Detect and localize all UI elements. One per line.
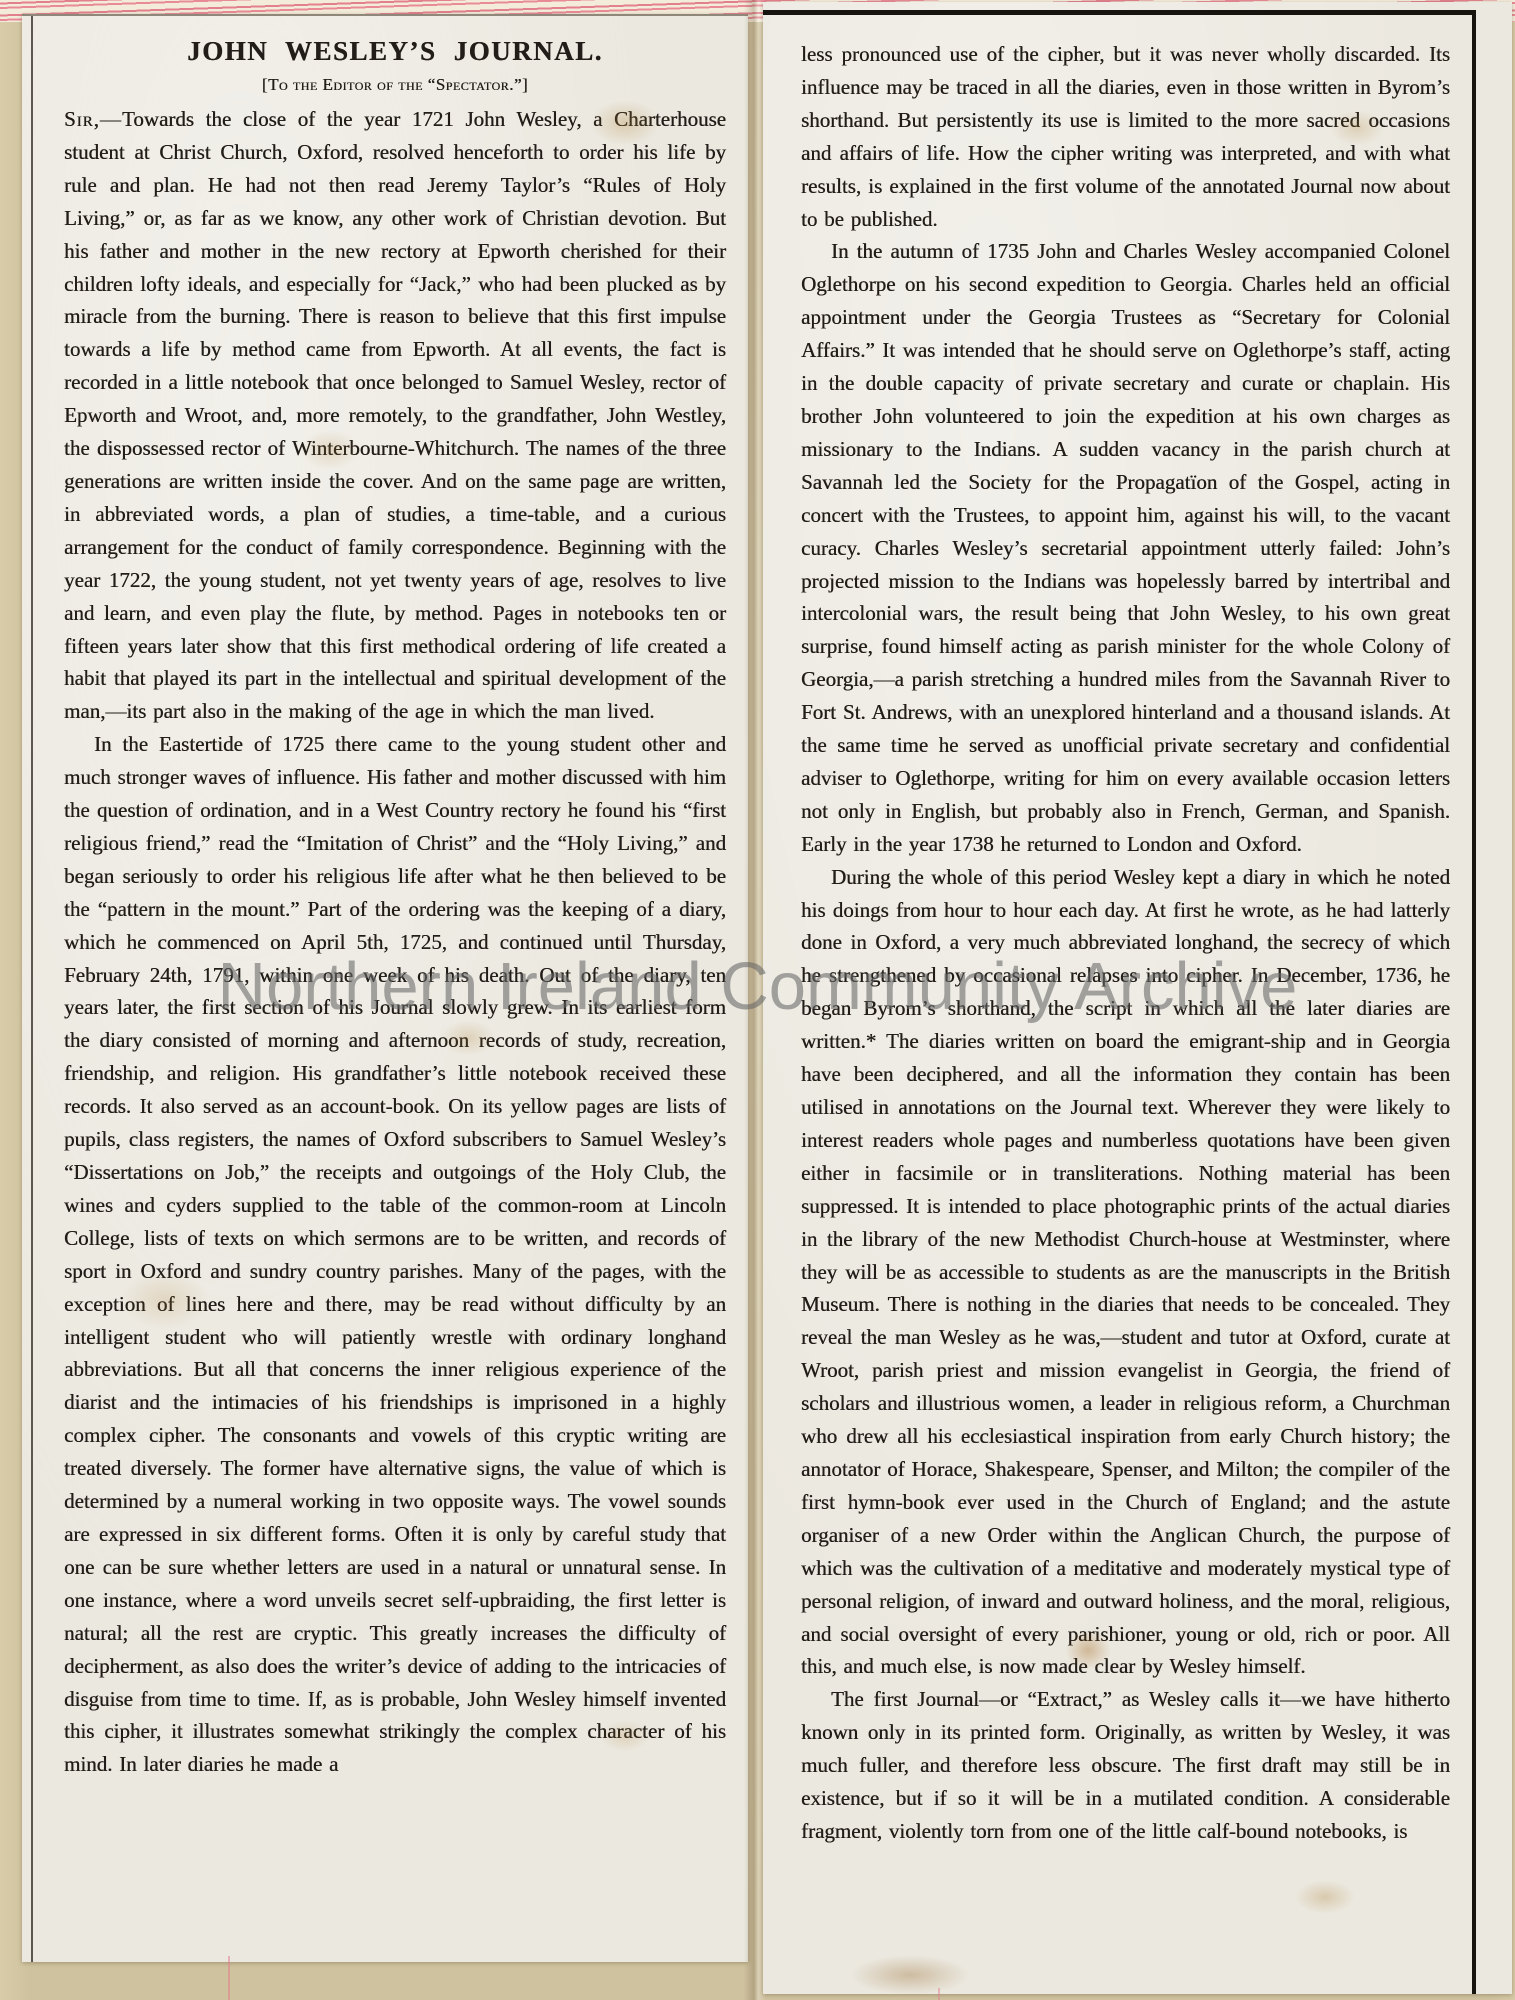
paragraph: In the autumn of 1735 John and Charles W… — [801, 235, 1450, 860]
left-column-content: JOHN WESLEY’S JOURNAL. [To the Editor of… — [22, 16, 748, 1781]
article-subtitle: [To the Editor of the “Spectator.”] — [64, 75, 726, 95]
clipping-right-column: less pronounced use of the cipher, but i… — [763, 2, 1512, 1994]
paragraph: Sir,—Towards the close of the year 1721 … — [64, 103, 726, 728]
paragraph-text: Towards the close of the year 1721 John … — [64, 107, 726, 723]
clipping-left-column: JOHN WESLEY’S JOURNAL. [To the Editor of… — [22, 14, 748, 1962]
album-page: JOHN WESLEY’S JOURNAL. [To the Editor of… — [0, 0, 1515, 2000]
right-column-content: less pronounced use of the cipher, but i… — [763, 2, 1512, 1848]
album-ruled-line — [938, 1988, 940, 2000]
article-title: JOHN WESLEY’S JOURNAL. — [64, 36, 726, 67]
album-ruled-line — [228, 1956, 230, 2000]
salutation: Sir,— — [64, 107, 122, 131]
paragraph: In the Eastertide of 1725 there came to … — [64, 728, 726, 1781]
paragraph: During the whole of this period Wesley k… — [801, 861, 1450, 1684]
paragraph: The first Journal—or “Extract,” as Wesle… — [801, 1683, 1450, 1848]
paragraph: less pronounced use of the cipher, but i… — [801, 38, 1450, 235]
